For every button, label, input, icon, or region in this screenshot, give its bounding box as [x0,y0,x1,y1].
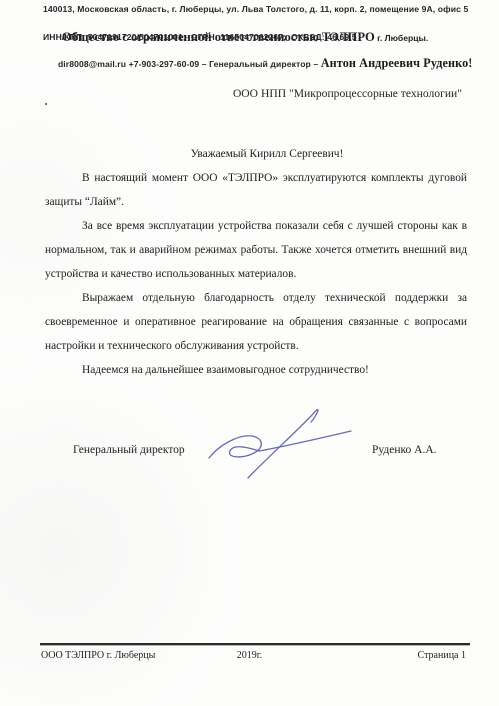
letterhead-address: 140013, Московская область, г. Люберцы, … [43,4,479,14]
addressee-line: ООО НПП "Микропроцессорные технологии" [0,87,462,100]
salutation: Уважаемый Кирилл Сергеевич! [45,142,467,166]
signature-slash-stroke [248,410,318,478]
paragraph-3: Выражаем отдельную благодарность отделу … [45,286,467,358]
footer-page-number: Страница 1 [418,650,466,661]
handwritten-signature [195,403,355,483]
signature-loop-stroke [209,436,261,458]
director-name: Антон Андреевич Руденко! [321,56,473,70]
stray-ink-dot [45,103,47,105]
paragraph-1: В настоящий момент ООО «ТЭЛПРО» эксплуат… [45,166,467,214]
letter-body: Уважаемый Кирилл Сергеевич! В настоящий … [45,142,467,382]
contact-line: dir8008@mail.ru +7-903-297-60-09 – Генер… [58,59,321,69]
signature-tail-stroke [259,431,351,451]
paragraph-2: За все время эксплуатации устройства пок… [45,214,467,286]
paragraph-4: Надеемся на дальнейшее взаимовыгодное со… [45,358,467,382]
letterhead-registration: ИНН/КПП: 5047191720/504701001; ОГРН: 116… [43,32,479,42]
signer-title: Генеральный директор [73,444,185,456]
signer-name: Руденко А.А. [372,444,437,456]
footer-rule [40,643,470,645]
letter-page: 140013, Московская область, г. Люберцы, … [0,0,499,706]
letterhead-contacts: dir8008@mail.ru +7-903-297-60-09 – Генер… [43,46,479,81]
